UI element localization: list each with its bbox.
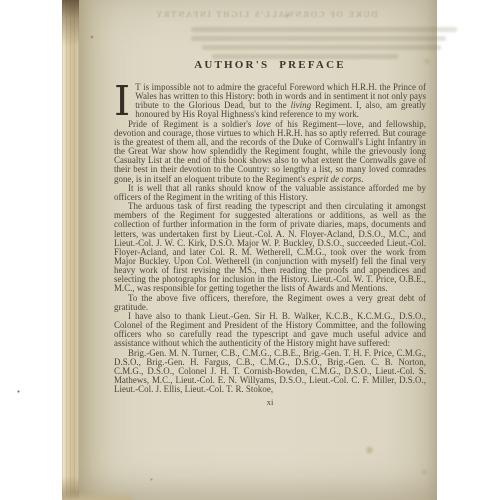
preface-paragraph: I have also to thank Lieut.-Gen. Sir H. … — [114, 312, 426, 349]
preface-paragraph: To the above five officers, therefore, t… — [114, 294, 426, 312]
book-spine-shadow-top — [62, 0, 80, 46]
dust-speck — [17, 390, 20, 393]
book-page: DUKE OF CORNWALL'S LIGHT INFANTRY AUTHOR… — [79, 0, 437, 500]
preface-paragraph: It is well that all ranks should know of… — [114, 184, 426, 202]
page-number: xi — [114, 397, 426, 407]
page-title: AUTHOR'S PREFACE — [114, 59, 426, 71]
page-bottom-edge — [62, 492, 132, 500]
preface-text: AUTHOR'S PREFACE IT is impossible not to… — [79, 0, 437, 500]
preface-paragraph: The arduous task of first reading the ty… — [114, 202, 426, 294]
preface-paragraph: IT is impossible not to admire the grace… — [114, 83, 426, 120]
book-page-edges — [62, 0, 80, 500]
dropcap-initial: I — [114, 85, 130, 118]
preface-paragraphs: IT is impossible not to admire the grace… — [114, 83, 426, 394]
book-photograph: DUKE OF CORNWALL'S LIGHT INFANTRY AUTHOR… — [0, 0, 500, 500]
preface-paragraph: Pride of Regiment is a soldier's love of… — [114, 120, 426, 184]
preface-paragraph: Brig.-Gen. M. N. Turner, C.B., C.M.G., C… — [114, 349, 426, 395]
